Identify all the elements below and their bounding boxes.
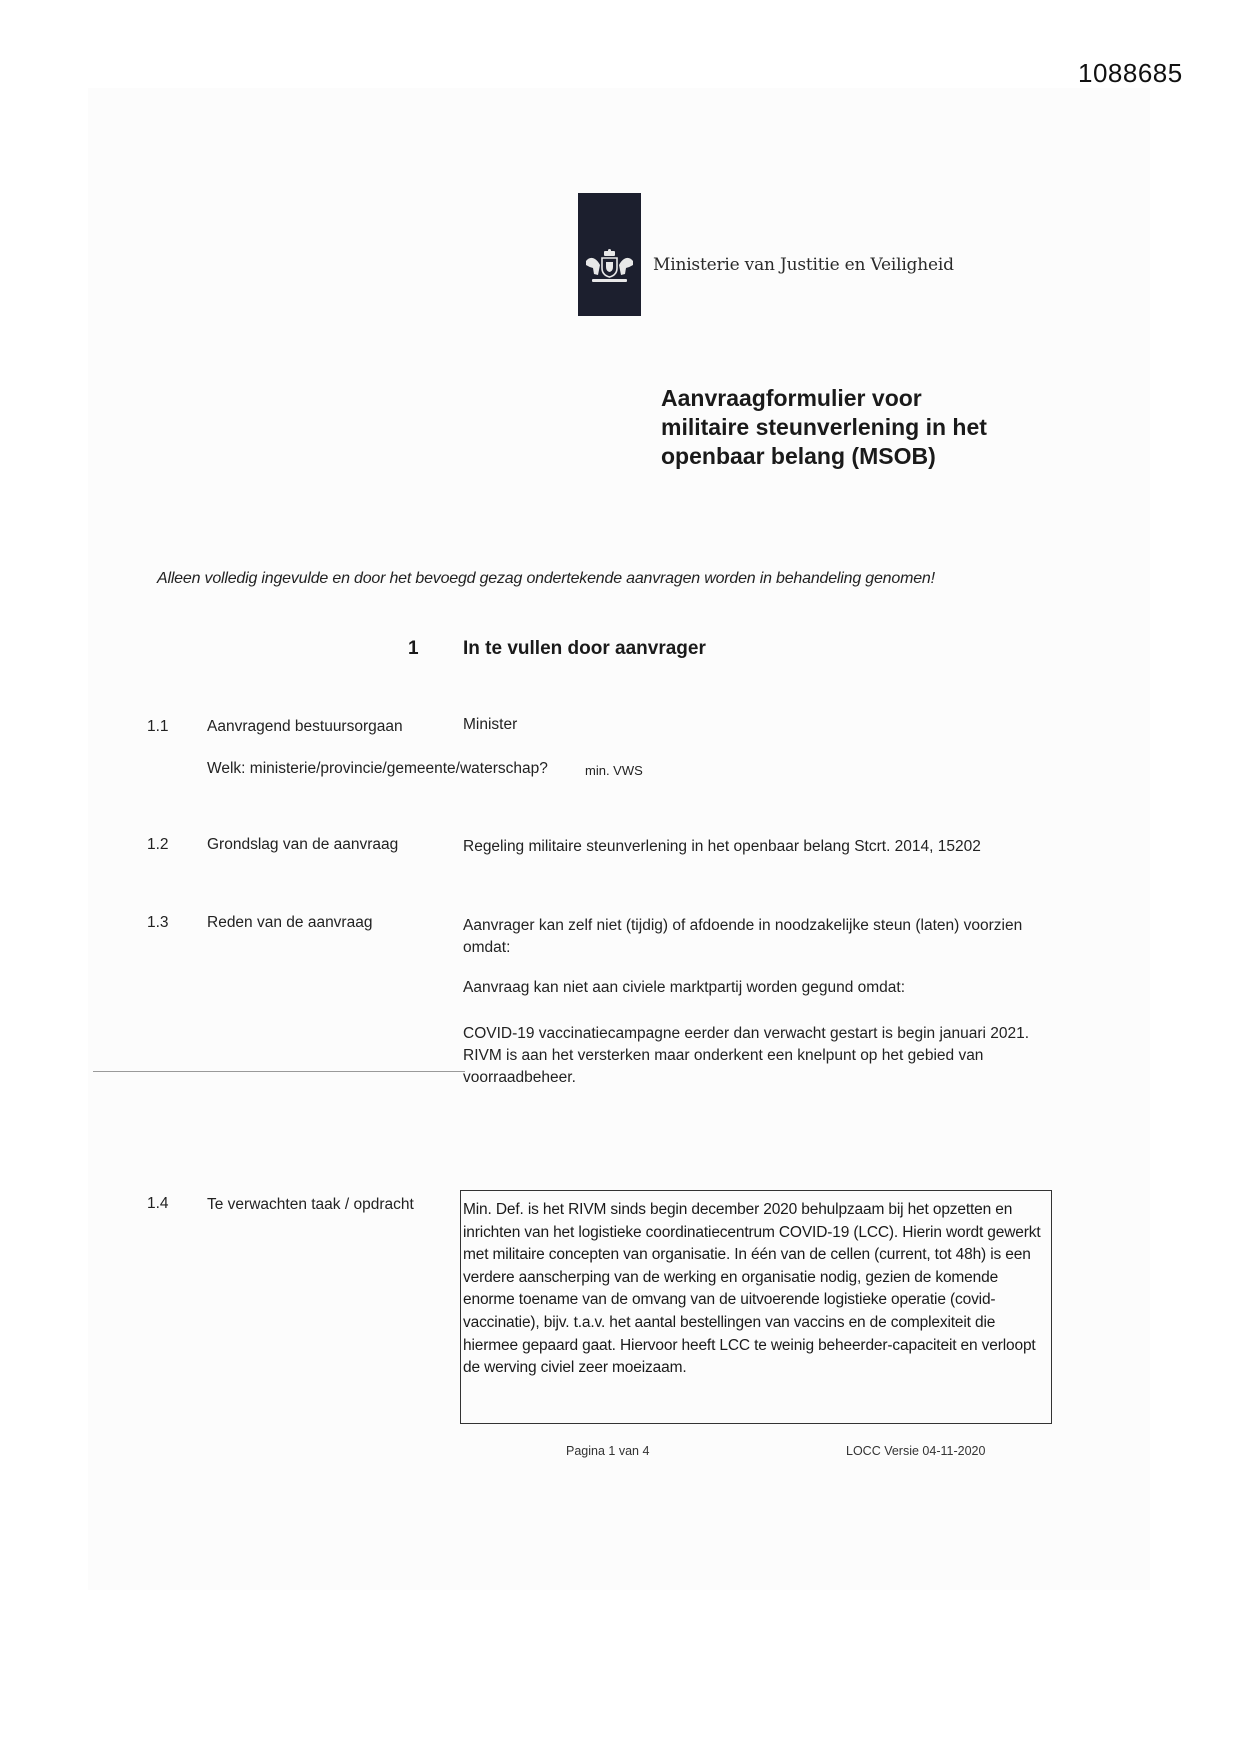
instruction-notice: Alleen volledig ingevulde en door het be… — [157, 570, 935, 588]
field-label-bestuursorgaan: Aanvragend bestuursorgaan — [207, 718, 403, 736]
field-label-taak: Te verwachten taak / opdracht — [207, 1196, 414, 1214]
field-label-welk: Welk: ministerie/provincie/gemeente/wate… — [207, 760, 548, 778]
section-number: 1 — [408, 638, 419, 660]
field-value-grondslag: Regeling militaire steunverlening in het… — [463, 836, 1083, 858]
field-value-welk: min. VWS — [585, 760, 1165, 782]
row-number: 1.4 — [147, 1195, 169, 1213]
reden-paragraph-3: COVID-19 vaccinatiecampagne eerder dan v… — [463, 1023, 1043, 1089]
field-value-reden: Aanvrager kan zelf niet (tijdig) of afdo… — [463, 915, 1023, 1105]
section-title: In te vullen door aanvrager — [463, 638, 706, 660]
document-id: 1088685 — [1078, 58, 1183, 89]
ministry-name: Ministerie van Justitie en Veiligheid — [653, 255, 954, 275]
page-number: Pagina 1 van 4 — [566, 1444, 649, 1458]
reden-paragraph-1: Aanvrager kan zelf niet (tijdig) of afdo… — [463, 915, 1023, 959]
page-title: Aanvraagformulier voor militaire steunve… — [661, 384, 1061, 471]
field-value-taak-box: Min. Def. is het RIVM sinds begin decemb… — [460, 1190, 1052, 1424]
divider-line — [93, 1071, 465, 1072]
field-label-grondslag: Grondslag van de aanvraag — [207, 836, 398, 854]
ministry-logo — [578, 193, 641, 316]
row-number: 1.2 — [147, 836, 169, 854]
row-number: 1.3 — [147, 914, 169, 932]
coat-of-arms-icon — [582, 249, 637, 289]
row-number: 1.1 — [147, 718, 169, 736]
field-label-reden: Reden van de aanvraag — [207, 914, 372, 932]
reden-paragraph-2: Aanvraag kan niet aan civiele marktparti… — [463, 977, 1023, 999]
field-value-bestuursorgaan: Minister — [463, 714, 1043, 736]
form-version: LOCC Versie 04-11-2020 — [846, 1444, 985, 1458]
